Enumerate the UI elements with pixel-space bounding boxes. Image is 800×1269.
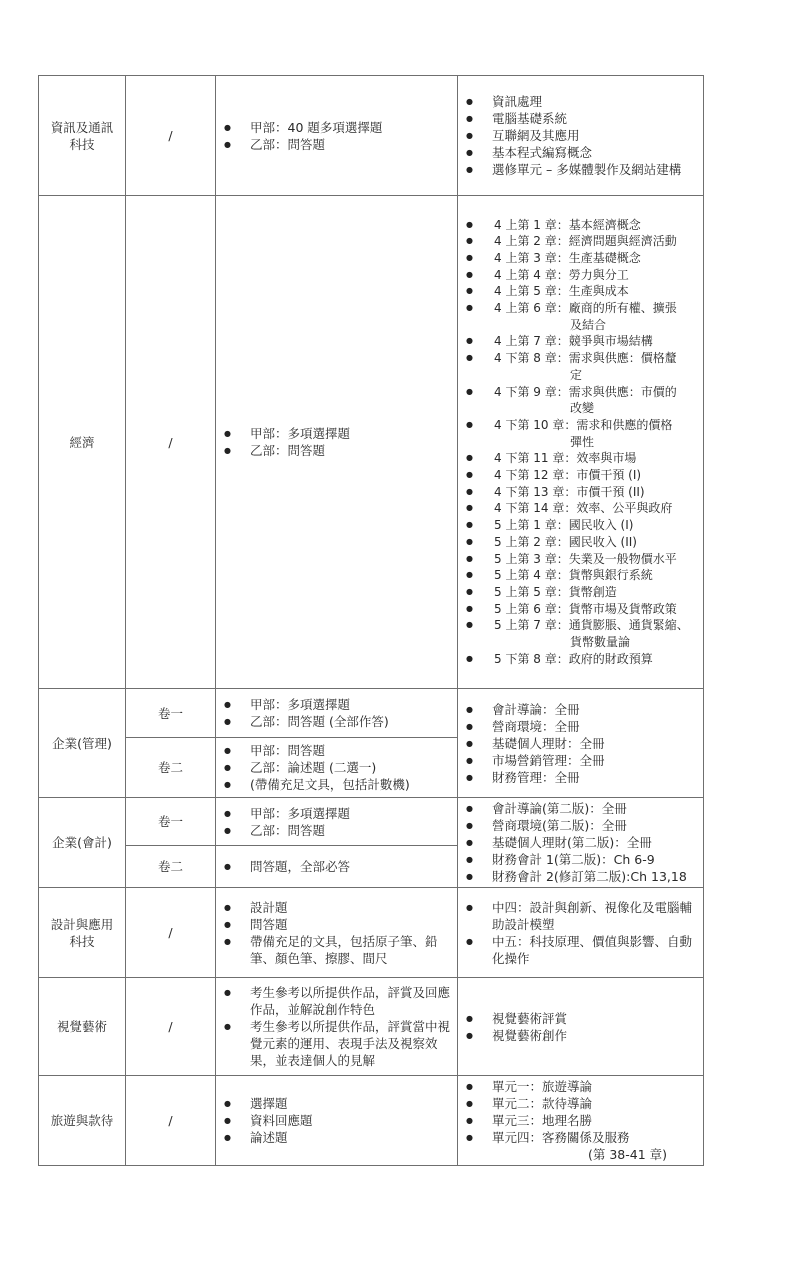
format-cell: 甲部：多項選擇題 乙部：問答題	[216, 196, 458, 689]
list-item: 電腦基礎系統	[466, 110, 697, 127]
paper-cell: /	[126, 196, 216, 689]
list-item: 乙部：問答題 (全部作答)	[224, 713, 451, 730]
list-item: 4 上第 5 章：生產與成本	[466, 283, 697, 300]
chapter-title: 通貨膨脹、通貨緊縮、	[569, 618, 689, 632]
scope-cell: 資訊處理 電腦基礎系統 互聯網及其應用 基本程式編寫概念 選修單元 – 多媒體製…	[458, 76, 704, 196]
chapter-number: 5 上第 4 章：	[494, 568, 569, 582]
chapter-title: 國民收入 (II)	[569, 535, 637, 549]
chapter-title: 生產基礎概念	[569, 251, 641, 265]
list-item: 選擇題	[224, 1095, 451, 1112]
chapter-title: 貨幣市場及貨幣政策	[569, 602, 677, 616]
list-item: 單元二：款待導論	[466, 1095, 697, 1112]
chapter-title: 生產與成本	[569, 284, 629, 298]
list-item-continuation: (第 38-41 章)	[492, 1146, 697, 1163]
chapter-title: 基本經濟概念	[569, 218, 641, 232]
chapter-title: 經濟問題與經濟活動	[569, 234, 677, 248]
format-cell: 甲部：問答題 乙部：論述題 (二選一) (帶備充足文具，包括計數機)	[216, 738, 458, 798]
paper-cell: /	[126, 978, 216, 1076]
format-cell: 選擇題 資料回應題 論述題	[216, 1076, 458, 1166]
format-list: 問答題，全部必答	[216, 854, 457, 879]
list-item: 4 下第 13 章：市價干預 (II)	[466, 484, 697, 501]
subject-cell: 企業(管理)	[39, 689, 126, 798]
scope-list: 資訊處理 電腦基礎系統 互聯網及其應用 基本程式編寫概念 選修單元 – 多媒體製…	[458, 89, 703, 182]
list-item: 設計題	[224, 899, 451, 916]
list-item: 5 上第 6 章：貨幣市場及貨幣政策	[466, 601, 697, 618]
table-row-ict: 資訊及通訊 科技 / 甲部：40 題多項選擇題 乙部：問答題 資訊處理 電腦基礎…	[39, 76, 704, 196]
list-item: 帶備充足的文具，包括原子筆、鉛筆、顏色筆、擦膠、間尺	[224, 933, 451, 967]
scope-list: 會計導論：全冊 營商環境：全冊 基礎個人理財：全冊 市場營銷管理：全冊 財務管理…	[458, 697, 703, 790]
table-row-dat: 設計與應用 科技 / 設計題 問答題 帶備充足的文具，包括原子筆、鉛筆、顏色筆、…	[39, 888, 704, 978]
list-item: 4 下第 12 章：市價干預 (I)	[466, 467, 697, 484]
chapter-number: 5 上第 3 章：	[494, 552, 569, 566]
list-item: 甲部：多項選擇題	[224, 805, 451, 822]
subject-cell: 資訊及通訊 科技	[39, 76, 126, 196]
chapter-title-continuation: 改變	[494, 400, 697, 417]
scope-cell: 會計導論(第二版)：全冊 營商環境(第二版)：全冊 基礎個人理財(第二版)：全冊…	[458, 798, 704, 888]
list-item: 基礎個人理財：全冊	[466, 735, 697, 752]
chapter-number: 5 上第 6 章：	[494, 602, 569, 616]
format-list: 甲部：多項選擇題 乙部：問答題	[216, 801, 457, 843]
list-item: 會計導論：全冊	[466, 701, 697, 718]
chapter-number: 4 上第 6 章：	[494, 301, 569, 315]
table-row-bafs-management-paper1: 企業(管理) 卷一 甲部：多項選擇題 乙部：問答題 (全部作答) 會計導論：全冊…	[39, 689, 704, 738]
scope-cell: 會計導論：全冊 營商環境：全冊 基礎個人理財：全冊 市場營銷管理：全冊 財務管理…	[458, 689, 704, 798]
chapter-title: 市價干預 (II)	[576, 485, 644, 499]
format-list: 甲部：40 題多項選擇題 乙部：問答題	[216, 115, 457, 157]
list-item: 問答題，全部必答	[224, 858, 451, 875]
subject-name-line: 資訊及通訊	[51, 120, 114, 135]
chapter-number: 4 下第 11 章：	[494, 451, 576, 465]
chapter-number: 4 下第 13 章：	[494, 485, 576, 499]
list-item: 乙部：問答題	[224, 822, 451, 839]
format-cell: 甲部：40 題多項選擇題 乙部：問答題	[216, 76, 458, 196]
format-list: 甲部：多項選擇題 乙部：問答題	[216, 421, 457, 463]
list-item: 4 上第 4 章：勞力與分工	[466, 267, 697, 284]
list-item: 甲部：問答題	[224, 742, 451, 759]
scope-list: 單元一：旅遊導論 單元二：款待導論 單元三：地理名勝 單元四：客務關係及服務 (…	[458, 1076, 703, 1165]
list-item: 4 上第 7 章：競爭與市場結構	[466, 333, 697, 350]
list-item: 市場營銷管理：全冊	[466, 752, 697, 769]
chapter-number: 5 上第 7 章：	[494, 618, 569, 632]
list-item: 5 下第 8 章：政府的財政預算	[466, 651, 697, 668]
chapter-title-continuation: 及結合	[494, 317, 697, 334]
format-cell: 甲部：多項選擇題 乙部：問答題 (全部作答)	[216, 689, 458, 738]
list-item: 5 上第 7 章：通貨膨脹、通貨緊縮、貨幣數量論	[466, 617, 697, 650]
list-item: 4 上第 6 章：廠商的所有權、擴張及結合	[466, 300, 697, 333]
list-item: 基礎個人理財(第二版)：全冊	[466, 834, 697, 851]
list-item: 4 上第 1 章：基本經濟概念	[466, 217, 697, 234]
list-item: 視覺藝術創作	[466, 1027, 697, 1044]
subject-cell: 設計與應用 科技	[39, 888, 126, 978]
subject-cell: 企業(會計)	[39, 798, 126, 888]
list-item: 互聯網及其應用	[466, 127, 697, 144]
list-item: 營商環境(第二版)：全冊	[466, 817, 697, 834]
chapter-title: 廠商的所有權、擴張	[569, 301, 677, 315]
list-item: 4 上第 3 章：生產基礎概念	[466, 250, 697, 267]
syllabus-table-page: 資訊及通訊 科技 / 甲部：40 題多項選擇題 乙部：問答題 資訊處理 電腦基礎…	[38, 75, 703, 1166]
subject-name-line: 科技	[69, 934, 94, 949]
format-list: 考生參考以所提供作品，評賞及回應作品，並解說創作特色 考生參考以所提供作品，評賞…	[216, 980, 457, 1073]
list-item: 4 下第 9 章：需求與供應：市價的改變	[466, 384, 697, 417]
paper-cell: /	[126, 76, 216, 196]
list-item: 問答題	[224, 916, 451, 933]
chapter-number: 4 上第 5 章：	[494, 284, 569, 298]
format-cell: 問答題，全部必答	[216, 846, 458, 888]
chapter-title-continuation: 彈性	[494, 434, 697, 451]
list-item: 單元一：旅遊導論	[466, 1078, 697, 1095]
list-item: 財務管理：全冊	[466, 769, 697, 786]
scope-cell: 4 上第 1 章：基本經濟概念4 上第 2 章：經濟問題與經濟活動4 上第 3 …	[458, 196, 704, 689]
scope-cell: 中四：設計與創新、視像化及電腦輔助設計模塑 中五：科技原理、價值與影響、自動化操…	[458, 888, 704, 978]
chapter-title: 需求與供應：市價的	[569, 385, 677, 399]
paper-cell: 卷一	[126, 689, 216, 738]
chapter-title: 勞力與分工	[569, 268, 629, 282]
chapter-title: 效率與市場	[576, 451, 636, 465]
subject-cell: 經濟	[39, 196, 126, 689]
chapter-title-continuation: 定	[494, 367, 697, 384]
chapter-title: 貨幣創造	[569, 585, 617, 599]
scope-list: 視覺藝術評賞 視覺藝術創作	[458, 1006, 703, 1048]
list-item: 4 下第 10 章：需求和供應的價格彈性	[466, 417, 697, 450]
chapter-number: 5 下第 8 章：	[494, 652, 569, 666]
paper-cell: 卷一	[126, 798, 216, 846]
table-row-visual-arts: 視覺藝術 / 考生參考以所提供作品，評賞及回應作品，並解說創作特色 考生參考以所…	[39, 978, 704, 1076]
scope-cell: 視覺藝術評賞 視覺藝術創作	[458, 978, 704, 1076]
list-item: 營商環境：全冊	[466, 718, 697, 735]
list-item: 基本程式編寫概念	[466, 144, 697, 161]
format-cell: 考生參考以所提供作品，評賞及回應作品，並解說創作特色 考生參考以所提供作品，評賞…	[216, 978, 458, 1076]
subject-cell: 旅遊與款待	[39, 1076, 126, 1166]
chapter-title: 效率、公平與政府	[576, 501, 672, 515]
list-item: 4 下第 8 章：需求與供應：價格釐定	[466, 350, 697, 383]
subject-name-line: 設計與應用	[51, 917, 114, 932]
list-item: 會計導論(第二版)：全冊	[466, 800, 697, 817]
list-item: 考生參考以所提供作品，評賞及回應作品，並解說創作特色	[224, 984, 451, 1018]
format-cell: 設計題 問答題 帶備充足的文具，包括原子筆、鉛筆、顏色筆、擦膠、間尺	[216, 888, 458, 978]
exam-syllabus-table: 資訊及通訊 科技 / 甲部：40 題多項選擇題 乙部：問答題 資訊處理 電腦基礎…	[38, 75, 704, 1166]
chapter-number: 4 上第 7 章：	[494, 334, 569, 348]
list-item: 4 上第 2 章：經濟問題與經濟活動	[466, 233, 697, 250]
chapter-number: 4 上第 3 章：	[494, 251, 569, 265]
list-item: 5 上第 1 章：國民收入 (I)	[466, 517, 697, 534]
scope-cell: 單元一：旅遊導論 單元二：款待導論 單元三：地理名勝 單元四：客務關係及服務 (…	[458, 1076, 704, 1166]
list-item: 資訊處理	[466, 93, 697, 110]
list-item: 4 下第 11 章：效率與市場	[466, 450, 697, 467]
paper-cell: /	[126, 1076, 216, 1166]
list-item: 5 上第 4 章：貨幣與銀行系統	[466, 567, 697, 584]
format-list: 甲部：問答題 乙部：論述題 (二選一) (帶備充足文具，包括計數機)	[216, 738, 457, 797]
chapter-number: 4 下第 14 章：	[494, 501, 576, 515]
list-item: 乙部：問答題	[224, 136, 451, 153]
format-list: 選擇題 資料回應題 論述題	[216, 1091, 457, 1150]
table-row-economics: 經濟 / 甲部：多項選擇題 乙部：問答題 4 上第 1 章：基本經濟概念4 上第…	[39, 196, 704, 689]
paper-cell: 卷二	[126, 738, 216, 798]
list-item: 乙部：問答題	[224, 442, 451, 459]
list-item: 論述題	[224, 1129, 451, 1146]
chapter-number: 4 下第 9 章：	[494, 385, 569, 399]
subject-cell: 視覺藝術	[39, 978, 126, 1076]
list-item: 財務會計 2(修訂第二版):Ch 13,18	[466, 868, 697, 885]
chapter-number: 5 上第 1 章：	[494, 518, 569, 532]
list-item: 5 上第 3 章：失業及一般物價水平	[466, 551, 697, 568]
scope-list: 會計導論(第二版)：全冊 營商環境(第二版)：全冊 基礎個人理財(第二版)：全冊…	[458, 798, 703, 887]
list-item: 中五：科技原理、價值與影響、自動化操作	[466, 933, 697, 967]
format-cell: 甲部：多項選擇題 乙部：問答題	[216, 798, 458, 846]
list-item: 甲部：多項選擇題	[224, 425, 451, 442]
paper-cell: 卷二	[126, 846, 216, 888]
chapter-number: 4 上第 1 章：	[494, 218, 569, 232]
format-list: 設計題 問答題 帶備充足的文具，包括原子筆、鉛筆、顏色筆、擦膠、間尺	[216, 895, 457, 971]
list-item: 甲部：40 題多項選擇題	[224, 119, 451, 136]
scope-list: 4 上第 1 章：基本經濟概念4 上第 2 章：經濟問題與經濟活動4 上第 3 …	[458, 213, 703, 672]
paper-cell: /	[126, 888, 216, 978]
chapter-title: 需求與供應：價格釐	[569, 351, 677, 365]
list-item: 單元四：客務關係及服務 (第 38-41 章)	[466, 1129, 697, 1163]
table-row-tourism: 旅遊與款待 / 選擇題 資料回應題 論述題 單元一：旅遊導論 單元二：款待導論 …	[39, 1076, 704, 1166]
list-item: 視覺藝術評賞	[466, 1010, 697, 1027]
subject-name-line: 科技	[69, 137, 94, 152]
chapter-title: 需求和供應的價格	[576, 418, 672, 432]
table-row-bafs-accounting-paper1: 企業(會計) 卷一 甲部：多項選擇題 乙部：問答題 會計導論(第二版)：全冊 營…	[39, 798, 704, 846]
list-item: 5 上第 2 章：國民收入 (II)	[466, 534, 697, 551]
list-item: 乙部：論述題 (二選一)	[224, 759, 451, 776]
chapter-title: 貨幣與銀行系統	[569, 568, 653, 582]
list-item: 5 上第 5 章：貨幣創造	[466, 584, 697, 601]
list-item: 中四：設計與創新、視像化及電腦輔助設計模塑	[466, 899, 697, 933]
chapter-number: 4 上第 4 章：	[494, 268, 569, 282]
scope-list: 中四：設計與創新、視像化及電腦輔助設計模塑 中五：科技原理、價值與影響、自動化操…	[458, 895, 703, 971]
format-list: 甲部：多項選擇題 乙部：問答題 (全部作答)	[216, 692, 457, 734]
list-item-text: 單元四：客務關係及服務	[492, 1130, 630, 1145]
list-item: 選修單元 – 多媒體製作及網站建構	[466, 161, 697, 178]
chapter-title: 國民收入 (I)	[569, 518, 634, 532]
chapter-title: 競爭與市場結構	[569, 334, 653, 348]
list-item: 甲部：多項選擇題	[224, 696, 451, 713]
list-item: 資料回應題	[224, 1112, 451, 1129]
chapter-title: 政府的財政預算	[569, 652, 653, 666]
chapter-title: 失業及一般物價水平	[569, 552, 677, 566]
chapter-number: 4 下第 12 章：	[494, 468, 576, 482]
chapter-number: 5 上第 2 章：	[494, 535, 569, 549]
chapter-title: 市價干預 (I)	[576, 468, 641, 482]
chapter-number: 4 下第 10 章：	[494, 418, 576, 432]
list-item: 財務會計 1(第二版)：Ch 6-9	[466, 851, 697, 868]
chapter-title-continuation: 貨幣數量論	[494, 634, 697, 651]
chapter-number: 4 上第 2 章：	[494, 234, 569, 248]
list-item: (帶備充足文具，包括計數機)	[224, 776, 451, 793]
list-item: 4 下第 14 章：效率、公平與政府	[466, 500, 697, 517]
chapter-number: 4 下第 8 章：	[494, 351, 569, 365]
list-item: 考生參考以所提供作品，評賞當中視覺元素的運用、表現手法及視察效果，並表達個人的見…	[224, 1018, 451, 1069]
chapter-number: 5 上第 5 章：	[494, 585, 569, 599]
list-item: 單元三：地理名勝	[466, 1112, 697, 1129]
